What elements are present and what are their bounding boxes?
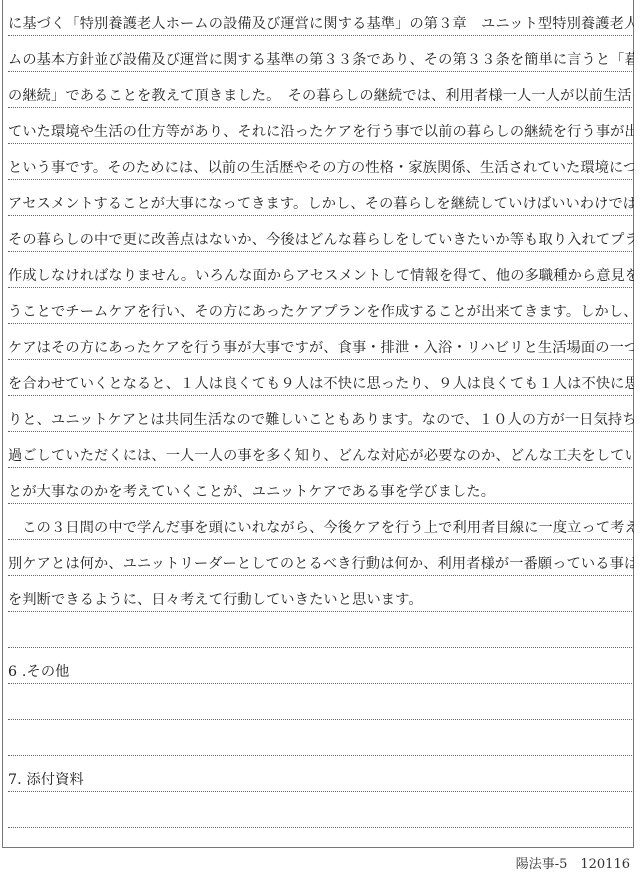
section-heading-attachments: 7. 添付資料 — [8, 756, 634, 792]
line-text: を合わせていくとなると、１人は良くても９人は不快に思ったり、９人は良くても１人は… — [8, 375, 634, 393]
line-text: という事です。そのためには、以前の生活歴やその方の性格・家族関係、生活されていた… — [8, 159, 634, 177]
line-text: りと、ユニットケアとは共同生活なので難しいこともあります。なので、１０人の方が一… — [8, 411, 634, 429]
text-line: という事です。そのためには、以前の生活歴やその方の性格・家族関係、生活されていた… — [8, 144, 634, 180]
line-text: うことでチームケアを行い、その方にあったケアプランを作成することが出来てきます。… — [8, 303, 634, 321]
text-line: を判断できるように、日々考えて行動していきたいと思います。 — [8, 576, 634, 612]
blank-line — [8, 612, 634, 648]
line-text: の継続」であることを教えて頂きました。 その暮らしの継続では、利用者様一人一人が… — [8, 87, 634, 105]
text-line: その暮らしの中で更に改善点はないか、今後はどんな暮らしをしていきたいか等も取り入… — [8, 216, 634, 252]
report-body: に基づく「特別養護老人ホームの設備及び運営に関する基準」の第３章 ユニット型特別… — [8, 0, 634, 828]
text-line: うことでチームケアを行い、その方にあったケアプランを作成することが出来てきます。… — [8, 288, 634, 324]
text-line: ムの基本方針並び設備及び運営に関する基準の第３３条であり、その第３３条を簡単に言… — [8, 36, 634, 72]
line-text: に基づく「特別養護老人ホームの設備及び運営に関する基準」の第３章 ユニット型特別… — [8, 15, 634, 33]
line-text: を判断できるように、日々考えて行動していきたいと思います。 — [8, 591, 634, 609]
line-text: 作成しなければなりません。いろんな面からアセスメントして情報を得て、他の多職種か… — [8, 267, 634, 285]
blank-line — [8, 720, 634, 756]
text-line: とが大事なのかを考えていくことが、ユニットケアである事を学びました。 — [8, 468, 634, 504]
section-heading-other: 6 .その他 — [8, 648, 634, 684]
text-line: りと、ユニットケアとは共同生活なので難しいこともあります。なので、１０人の方が一… — [8, 396, 634, 432]
line-text: その暮らしの中で更に改善点はないか、今後はどんな暮らしをしていきたいか等も取り入… — [8, 231, 634, 249]
section-title: 6 .その他 — [8, 663, 634, 681]
text-line: 過ごしていただくには、一人一人の事を多く知り、どんな対応が必要なのか、どんな工夫… — [8, 432, 634, 468]
text-line: アセスメントすることが大事になってきます。しかし、その暮らしを継続していけばいい… — [8, 180, 634, 216]
section-title: 7. 添付資料 — [8, 771, 634, 789]
line-text: とが大事なのかを考えていくことが、ユニットケアである事を学びました。 — [8, 483, 634, 501]
text-line: 作成しなければなりません。いろんな面からアセスメントして情報を得て、他の多職種か… — [8, 252, 634, 288]
line-text: ムの基本方針並び設備及び運営に関する基準の第３３条であり、その第３３条を簡単に言… — [8, 51, 634, 69]
line-text: ケアはその方にあったケアを行う事が大事ですが、食事・排泄・入浴・リハビリと生活場… — [8, 339, 634, 357]
blank-line — [8, 792, 634, 828]
text-line: の継続」であることを教えて頂きました。 その暮らしの継続では、利用者様一人一人が… — [8, 72, 634, 108]
line-text: 別ケアとは何か、ユニットリーダーとしてのとるべき行動は何か、利用者様が一番願って… — [8, 555, 634, 573]
text-line: ていた環境や生活の仕方等があり、それに沿ったケアを行う事で以前の暮らしの継続を行… — [8, 108, 634, 144]
text-line: を合わせていくとなると、１人は良くても９人は不快に思ったり、９人は良くても１人は… — [8, 360, 634, 396]
line-text: ていた環境や生活の仕方等があり、それに沿ったケアを行う事で以前の暮らしの継続を行… — [8, 123, 634, 141]
line-text: この３日間の中で学んだ事を頭にいれながら、今後ケアを行う上で利用者目線に一度立っ… — [8, 519, 634, 537]
document-code: 陽法事-5 120116 — [516, 853, 630, 872]
text-line: この３日間の中で学んだ事を頭にいれながら、今後ケアを行う上で利用者目線に一度立っ… — [8, 504, 634, 540]
text-line: 別ケアとは何か、ユニットリーダーとしてのとるべき行動は何か、利用者様が一番願って… — [8, 540, 634, 576]
line-text: アセスメントすることが大事になってきます。しかし、その暮らしを継続していけばいい… — [8, 195, 634, 213]
line-text: 過ごしていただくには、一人一人の事を多く知り、どんな対応が必要なのか、どんな工夫… — [8, 447, 634, 465]
text-line: ケアはその方にあったケアを行う事が大事ですが、食事・排泄・入浴・リハビリと生活場… — [8, 324, 634, 360]
blank-line — [8, 684, 634, 720]
text-line: に基づく「特別養護老人ホームの設備及び運営に関する基準」の第３章 ユニット型特別… — [8, 0, 634, 36]
